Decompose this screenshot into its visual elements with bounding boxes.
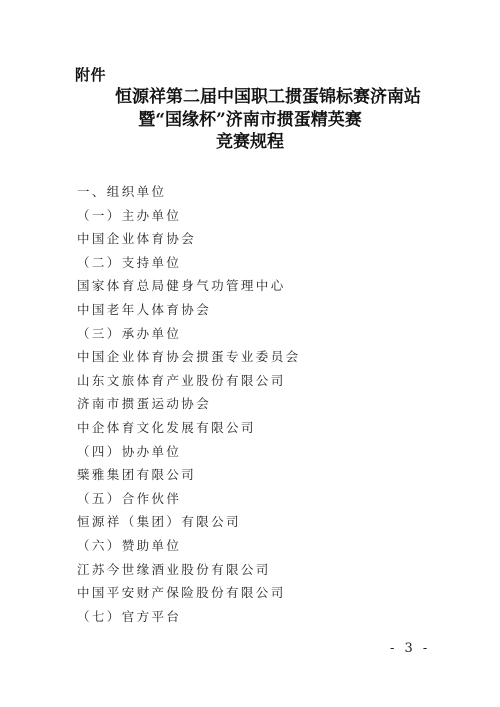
subheading-partner: （五）合作伙伴 bbox=[77, 487, 301, 511]
list-item: 檗雅集团有限公司 bbox=[77, 463, 301, 487]
list-item: 江苏今世缘酒业股份有限公司 bbox=[77, 558, 301, 582]
section-heading-organizers: 一、组织单位 bbox=[77, 180, 301, 204]
document-page: 附件 恒源祥第二届中国职工掼蛋锦标赛济南站 暨“国缘杯”济南市掼蛋精英赛 竞赛规… bbox=[0, 0, 500, 707]
list-item: 中国企业体育协会 bbox=[77, 227, 301, 251]
document-title: 恒源祥第二届中国职工掼蛋锦标赛济南站 暨“国缘杯”济南市掼蛋精英赛 竞赛规程 bbox=[0, 86, 500, 154]
subheading-sponsor: （六）赞助单位 bbox=[77, 534, 301, 558]
subheading-organizer: （三）承办单位 bbox=[77, 322, 301, 346]
list-item: 中国平安财产保险股份有限公司 bbox=[77, 581, 301, 605]
list-item: 中企体育文化发展有限公司 bbox=[77, 416, 301, 440]
page-number: - 3 - bbox=[390, 641, 430, 656]
title-line-1: 恒源祥第二届中国职工掼蛋锦标赛济南站 bbox=[0, 86, 500, 109]
attachment-label: 附件 bbox=[75, 64, 106, 85]
list-item: 中国老年人体育协会 bbox=[77, 298, 301, 322]
list-item: 中国企业体育协会掼蛋专业委员会 bbox=[77, 345, 301, 369]
list-item: 恒源祥（集团）有限公司 bbox=[77, 510, 301, 534]
subheading-host: （一）主办单位 bbox=[77, 204, 301, 228]
subheading-official-platform: （七）官方平台 bbox=[77, 605, 301, 629]
document-body: 一、组织单位 （一）主办单位 中国企业体育协会 （二）支持单位 国家体育总局健身… bbox=[77, 180, 301, 628]
title-line-3: 竞赛规程 bbox=[0, 131, 500, 154]
subheading-co-organizer: （四）协办单位 bbox=[77, 440, 301, 464]
list-item: 济南市掼蛋运动协会 bbox=[77, 392, 301, 416]
list-item: 山东文旅体育产业股份有限公司 bbox=[77, 369, 301, 393]
list-item: 国家体育总局健身气功管理中心 bbox=[77, 274, 301, 298]
subheading-support: （二）支持单位 bbox=[77, 251, 301, 275]
title-line-2: 暨“国缘杯”济南市掼蛋精英赛 bbox=[0, 109, 500, 132]
